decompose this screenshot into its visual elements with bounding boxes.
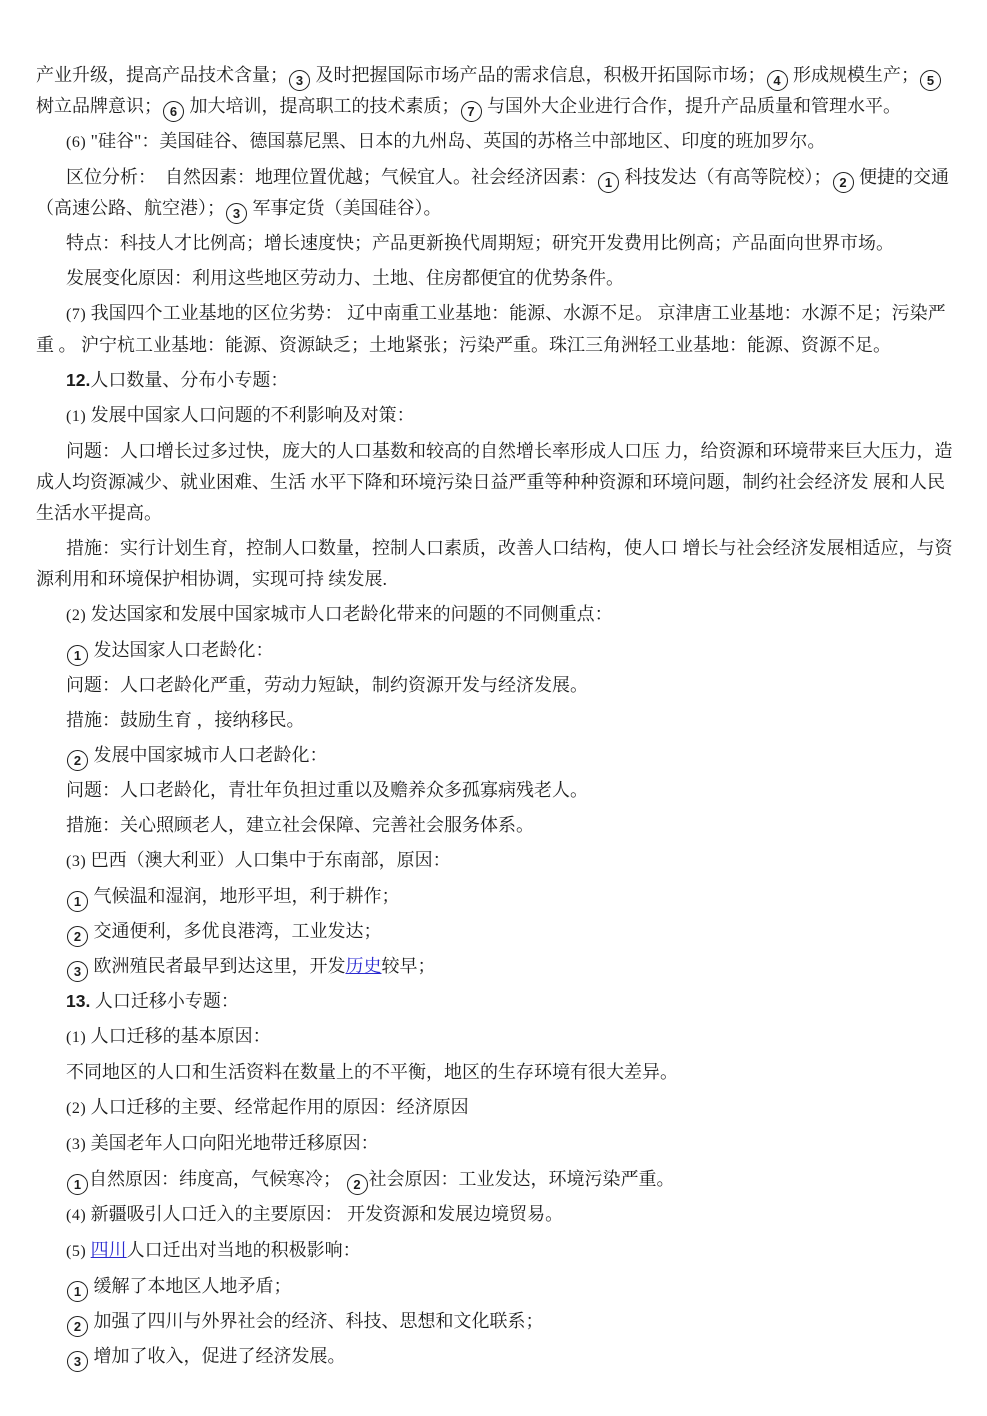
- para-12-2-c1-measures: 措施：鼓励生育 ，接纳移民。: [36, 705, 961, 736]
- para-silicon-valley: (6) "硅谷"：美国硅谷、德国慕尼黑、日本的九州岛、英国的苏格兰中部地区、印度…: [36, 126, 961, 158]
- para-13-1: (1) 人口迁移的基本原因：: [36, 1021, 961, 1053]
- para-12-2: (2) 发达国家和发展中国家城市人口老龄化带来的问题的不同侧重点：: [36, 599, 961, 631]
- circled-number-icon: 2: [67, 926, 88, 947]
- text-run: 产业升级，提高产品技术含量；: [36, 65, 288, 85]
- text-run: 人口迁移的主要、经常起作用的原因：经济原因: [86, 1097, 469, 1117]
- text-run: 加大培训，提高职工的技术素质；: [185, 96, 460, 116]
- text-run: 发达国家人口老龄化：: [89, 640, 274, 660]
- paren-number: (6): [66, 134, 86, 151]
- circled-number-icon: 1: [67, 1174, 88, 1195]
- para-12-3-c3: 3 欧洲殖民者最早到达这里，开发历史较早；: [36, 951, 961, 982]
- para-12-1: (1) 发展中国家人口问题的不利影响及对策：: [36, 400, 961, 432]
- para-13-4: (4) 新疆吸引人口迁入的主要原因： 开发资源和发展边境贸易。: [36, 1199, 961, 1231]
- para-12-2-c2: 2 发展中国家城市人口老龄化：: [36, 740, 961, 771]
- text-run: 措施：实行计划生育，控制人口数量，控制人口素质，改善人口结构，使人口 增长与社会…: [36, 538, 953, 589]
- para-12-3-c1: 1 气候温和湿润，地形平坦，利于耕作；: [36, 881, 961, 912]
- para-industrial-bases: (7) 我国四个工业基地的区位劣势： 辽中南重工业基地：能源、水源不足。 京津唐…: [36, 298, 961, 361]
- text-run: 人口数量、分布小专题：: [90, 370, 288, 390]
- text-run: 问题：人口增长过多过快，庞大的人口基数和较高的自然增长率形成人口压 力，给资源和…: [36, 441, 953, 523]
- text-run: 缓解了本地区人地矛盾；: [89, 1276, 292, 1296]
- text-run: 欧洲殖民者最早到达这里，开发: [89, 956, 346, 976]
- para-13-3-reasons: 1自然原因：纬度高，气候寒冷； 2社会原因：工业发达，环境污染严重。: [36, 1164, 961, 1195]
- section-heading-12: 12.人口数量、分布小专题：: [36, 365, 961, 396]
- text-run: 发达国家和发展中国家城市人口老龄化带来的问题的不同侧重点：: [86, 604, 613, 624]
- circled-number-icon: 3: [289, 70, 310, 91]
- circled-number-icon: 1: [67, 1281, 88, 1302]
- text-run: 问题：人口老龄化，青壮年负担过重以及赡养众多孤寡病残老人。: [66, 780, 588, 800]
- circled-number-icon: 5: [920, 70, 941, 91]
- text-run: 巴西（澳大利亚）人口集中于东南部，原因：: [86, 850, 451, 870]
- circled-number-icon: 2: [833, 172, 854, 193]
- circled-number-icon: 7: [461, 101, 482, 122]
- text-run: 较早；: [382, 956, 436, 976]
- section-heading-13: 13. 人口迁移小专题：: [36, 986, 961, 1017]
- circled-number-icon: 2: [347, 1174, 368, 1195]
- text-run: 措施：鼓励生育 ，接纳移民。: [66, 710, 305, 730]
- para-13-5-c1: 1 缓解了本地区人地矛盾；: [36, 1271, 961, 1302]
- para-features: 特点：科技人才比例高；增长速度快；产品更新换代周期短；研究开发费用比例高；产品面…: [36, 228, 961, 259]
- para-13-5: (5) 四川人口迁出对当地的积极影响：: [36, 1235, 961, 1267]
- para-13-5-c2: 2 加强了四川与外界社会的经济、科技、思想和文化联系；: [36, 1306, 961, 1337]
- text-run: 社会原因：工业发达，环境污染严重。: [369, 1169, 675, 1189]
- paren-number: (1): [66, 408, 86, 425]
- para-industry-upgrade: 产业升级，提高产品技术含量；3 及时把握国际市场产品的需求信息，积极开拓国际市场…: [36, 60, 961, 122]
- paren-number: (4): [66, 1207, 86, 1224]
- circled-number-icon: 1: [67, 891, 88, 912]
- history-link[interactable]: 历史: [346, 956, 382, 976]
- paren-number: (7): [66, 306, 86, 323]
- text-run: 科技发达（有高等院校）；: [620, 167, 832, 187]
- paren-number: (3): [66, 853, 86, 870]
- para-12-1-measures: 措施：实行计划生育，控制人口数量，控制人口素质，改善人口结构，使人口 增长与社会…: [36, 533, 961, 595]
- document-page: 产业升级，提高产品技术含量；3 及时把握国际市场产品的需求信息，积极开拓国际市场…: [0, 0, 987, 1416]
- para-13-2: (2) 人口迁移的主要、经常起作用的原因：经济原因: [36, 1092, 961, 1124]
- circled-number-icon: 1: [67, 645, 88, 666]
- para-12-2-c2-problem: 问题：人口老龄化，青壮年负担过重以及赡养众多孤寡病残老人。: [36, 775, 961, 806]
- text-run: 美国老年人口向阳光地带迁移原因：: [86, 1133, 379, 1153]
- text-run: 新疆吸引人口迁入的主要原因： 开发资源和发展边境贸易。: [86, 1204, 563, 1224]
- circled-number-icon: 3: [67, 1351, 88, 1372]
- para-13-1-body: 不同地区的人口和生活资料在数量上的不平衡，地区的生存环境有很大差异。: [36, 1057, 961, 1088]
- text-run: 我国四个工业基地的区位劣势： 辽中南重工业基地：能源、水源不足。 京津唐工业基地…: [36, 303, 946, 355]
- text-run: 加强了四川与外界社会的经济、科技、思想和文化联系；: [89, 1311, 544, 1331]
- circled-number-icon: 3: [67, 961, 88, 982]
- text-run: 不同地区的人口和生活资料在数量上的不平衡，地区的生存环境有很大差异。: [66, 1062, 678, 1082]
- text-run: 与国外大企业进行合作，提升产品质量和管理水平。: [483, 96, 902, 116]
- section-number: 13.: [66, 991, 90, 1011]
- text-run: 人口迁移小专题：: [90, 991, 239, 1011]
- text-run: 发展中国家城市人口老龄化：: [89, 745, 328, 765]
- circled-number-icon: 1: [598, 172, 619, 193]
- paren-number: (1): [66, 1029, 86, 1046]
- text-run: 发展变化原因：利用这些地区劳动力、土地、住房都便宜的优势条件。: [66, 268, 624, 288]
- text-run: 自然原因：纬度高，气候寒冷；: [89, 1169, 346, 1189]
- para-12-2-c2-measures: 措施：关心照顾老人，建立社会保障、完善社会服务体系。: [36, 810, 961, 841]
- para-12-1-problem: 问题：人口增长过多过快，庞大的人口基数和较高的自然增长率形成人口压 力，给资源和…: [36, 436, 961, 529]
- text-run: 人口迁出对当地的积极影响：: [127, 1240, 361, 1260]
- circled-number-icon: 2: [67, 750, 88, 771]
- paren-number: (5): [66, 1243, 86, 1260]
- text-run: 及时把握国际市场产品的需求信息，积极开拓国际市场；: [311, 65, 766, 85]
- para-12-2-c1-problem: 问题：人口老龄化严重，劳动力短缺，制约资源开发与经济发展。: [36, 670, 961, 701]
- para-13-5-c3: 3 增加了收入，促进了经济发展。: [36, 1341, 961, 1372]
- document-body: 产业升级，提高产品技术含量；3 及时把握国际市场产品的需求信息，积极开拓国际市场…: [36, 60, 961, 1372]
- text-run: 交通便利，多优良港湾，工业发达；: [89, 921, 382, 941]
- para-12-2-c1: 1 发达国家人口老龄化：: [36, 635, 961, 666]
- para-12-3-c2: 2 交通便利，多优良港湾，工业发达；: [36, 916, 961, 947]
- circled-number-icon: 4: [767, 70, 788, 91]
- para-development-reason: 发展变化原因：利用这些地区劳动力、土地、住房都便宜的优势条件。: [36, 263, 961, 294]
- paren-number: (3): [66, 1136, 86, 1153]
- text-run: 人口迁移的基本原因：: [86, 1026, 271, 1046]
- circled-number-icon: 6: [163, 101, 184, 122]
- text-run: 特点：科技人才比例高；增长速度快；产品更新换代周期短；研究开发费用比例高；产品面…: [66, 233, 894, 253]
- paren-number: (2): [66, 607, 86, 624]
- section-number: 12.: [66, 370, 90, 390]
- text-run: 发展中国家人口问题的不利影响及对策：: [86, 405, 415, 425]
- text-run: 问题：人口老龄化严重，劳动力短缺，制约资源开发与经济发展。: [66, 675, 588, 695]
- para-12-3: (3) 巴西（澳大利亚）人口集中于东南部，原因：: [36, 845, 961, 877]
- text-run: 区位分析： 自然因素：地理位置优越；气候宜人。社会经济因素：: [66, 167, 597, 187]
- circled-number-icon: 3: [226, 203, 247, 224]
- text-run: 气候温和湿润，地形平坦，利于耕作；: [89, 886, 400, 906]
- text-run: 增加了收入，促进了经济发展。: [89, 1346, 346, 1366]
- text-run: 形成规模生产；: [789, 65, 920, 85]
- paren-number: (2): [66, 1100, 86, 1117]
- text-run: 军事定货（美国硅谷）。: [248, 198, 442, 218]
- text-run: 措施：关心照顾老人，建立社会保障、完善社会服务体系。: [66, 815, 534, 835]
- circled-number-icon: 2: [67, 1316, 88, 1337]
- sichuan-link[interactable]: 四川: [91, 1240, 127, 1260]
- text-run: "硅谷"：美国硅谷、德国慕尼黑、日本的九州岛、英国的苏格兰中部地区、印度的班加罗…: [86, 131, 825, 151]
- para-13-3: (3) 美国老年人口向阳光地带迁移原因：: [36, 1128, 961, 1160]
- para-location-analysis: 区位分析： 自然因素：地理位置优越；气候宜人。社会经济因素：1 科技发达（有高等…: [36, 162, 961, 224]
